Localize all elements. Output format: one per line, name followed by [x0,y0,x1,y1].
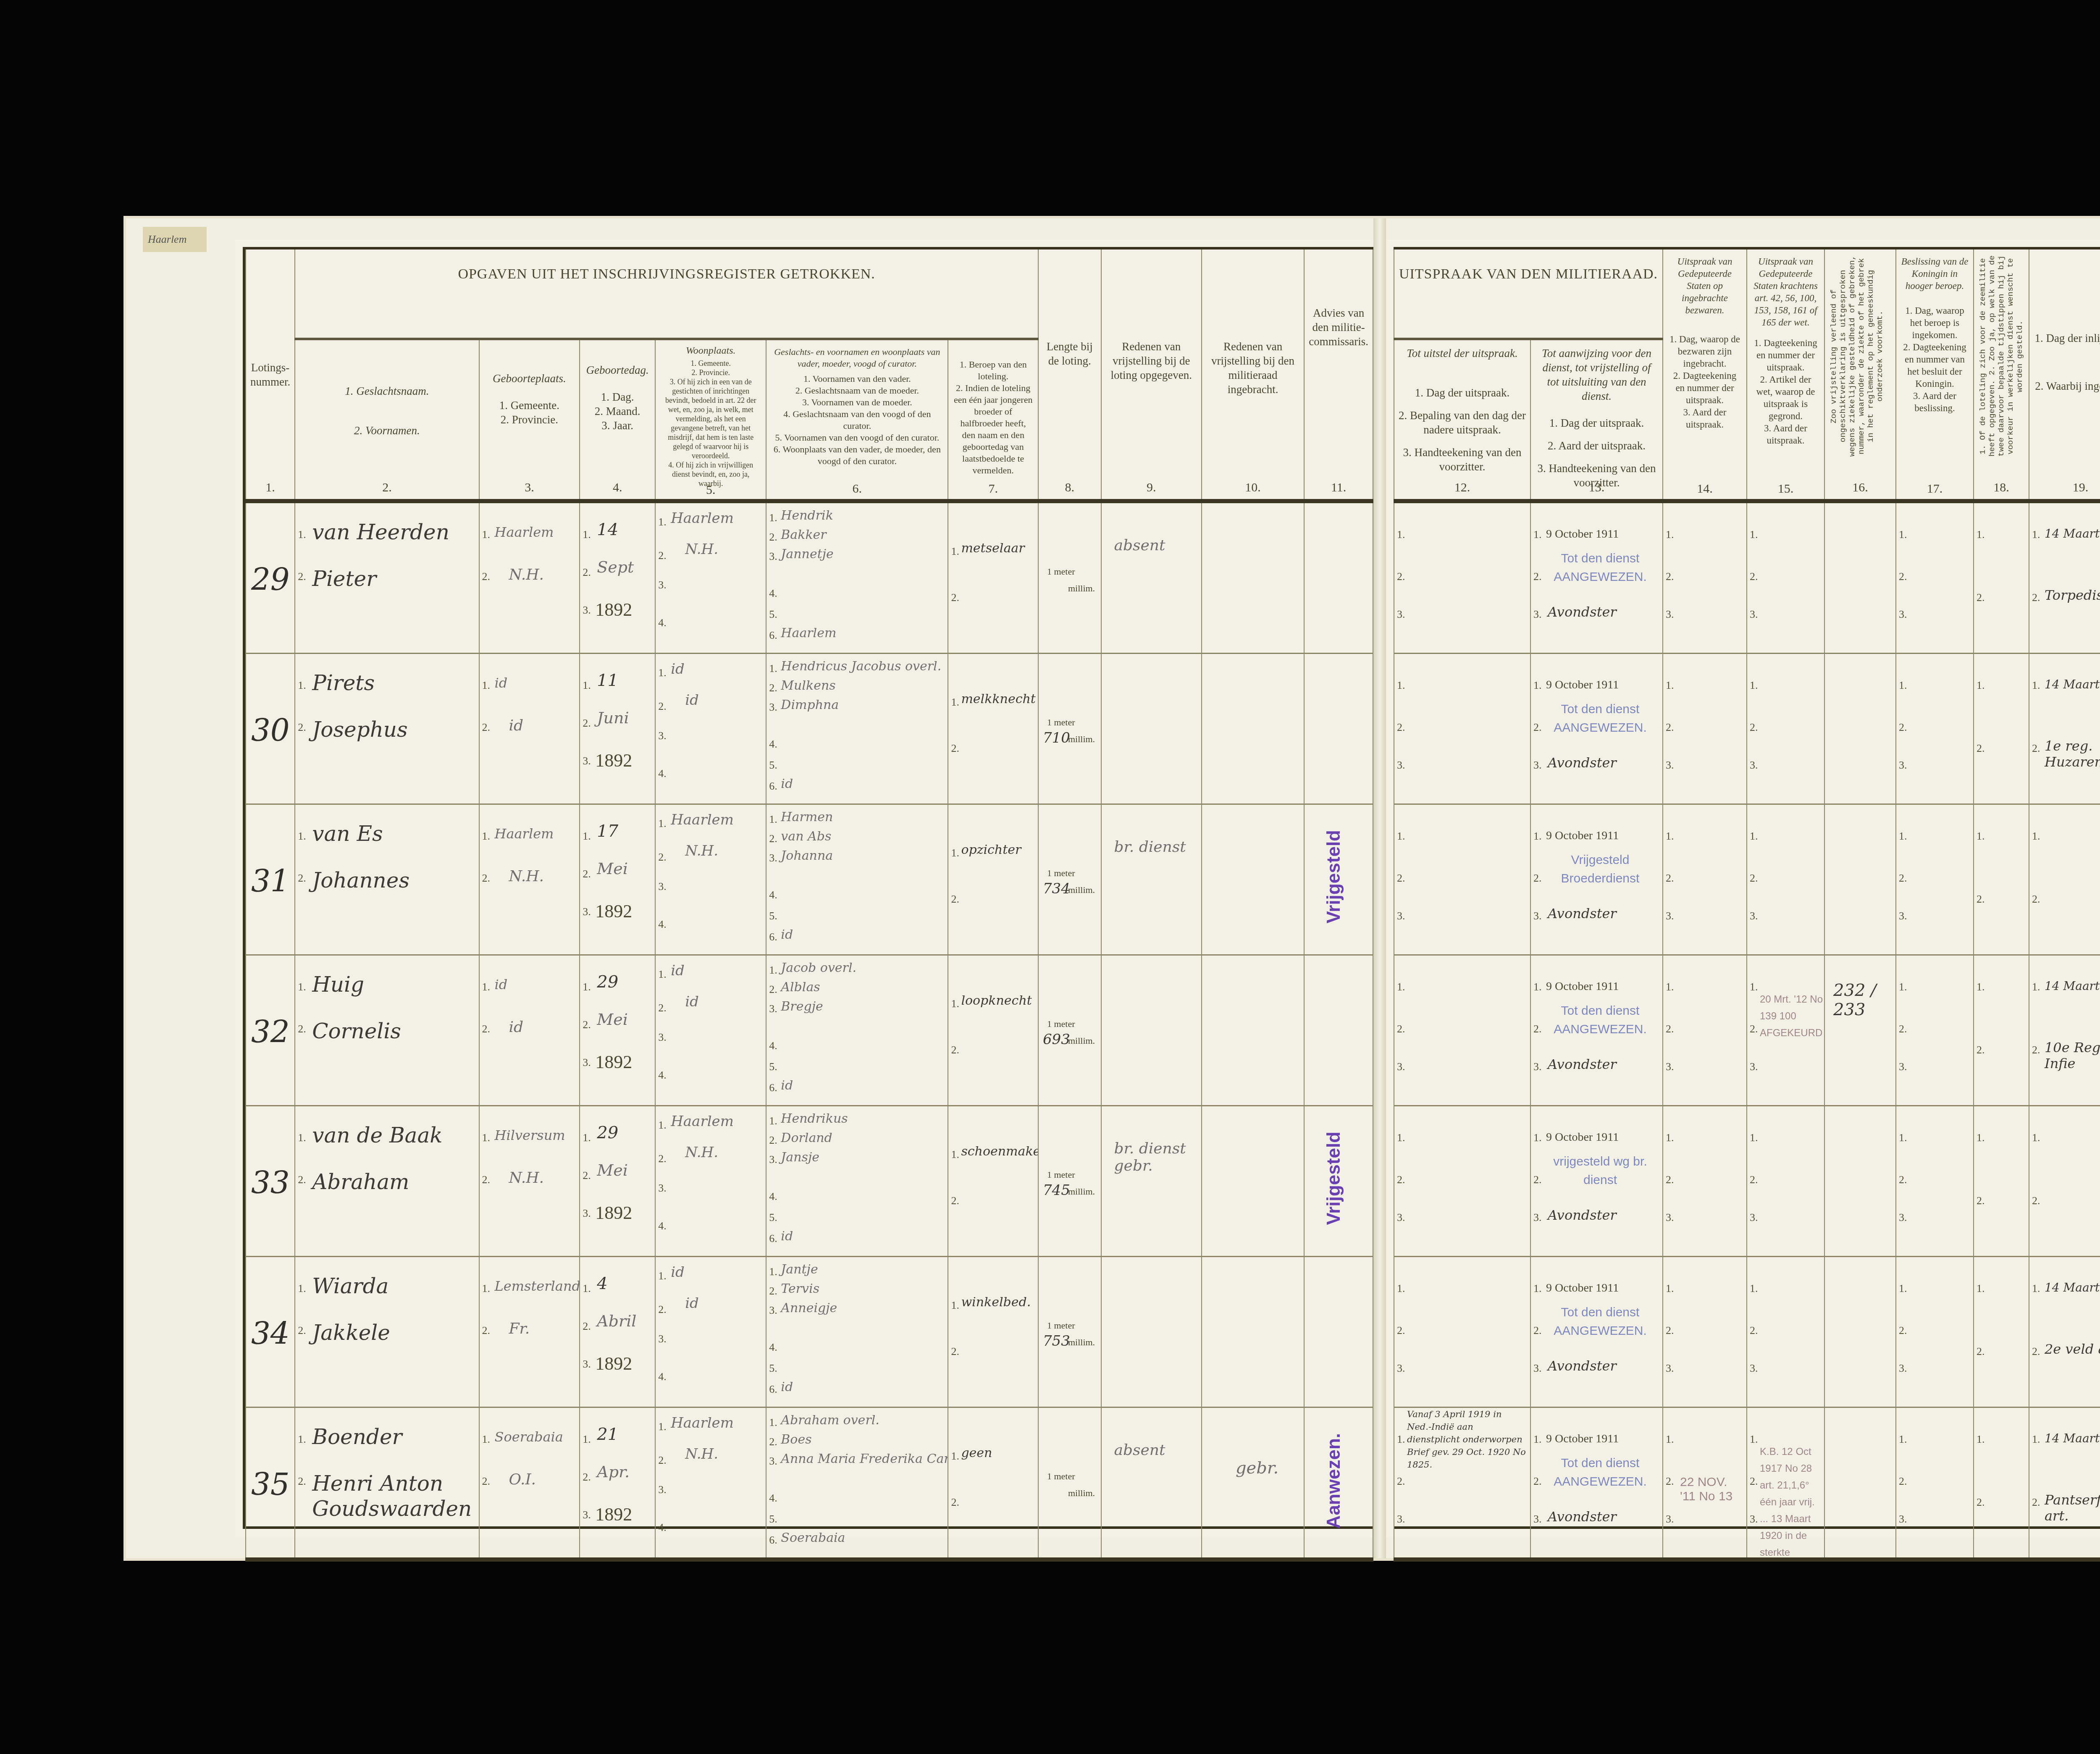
residence-cell: 1.2.3.4.idid [656,956,766,1105]
birth-year: 1892 [595,1353,632,1374]
printed-label: 3. [1899,1211,1907,1224]
printed-label: 2. [1397,1475,1405,1488]
surname: Wiarda [312,1274,388,1298]
name-cell: 1.2.WiardaJakkele [295,1257,478,1407]
provincial-objection-cell: 1.2.3. [1663,654,1746,803]
birth-month: Juni [597,709,629,727]
height-cell: 1 meter693millim. [1039,956,1101,1105]
printed-label: 2. [1750,1174,1758,1186]
lot-number-cell: 34 [246,1257,294,1407]
birthdate-cell: 1.2.3.14Sept1892 [580,503,655,653]
printed-label: 1. [1899,528,1907,541]
birth-year: 1892 [595,901,632,922]
birthdate-cell: 1.2.3.4Abril1892 [580,1257,655,1407]
register-row: 351.2.BoenderHenri Anton Goudswaarden1.2… [246,1407,1373,1560]
occupation-cell: 1.2.loopknecht [948,956,1038,1105]
printed-label: 1. [482,981,491,993]
printed-label: 1. [1397,1132,1405,1144]
printed-label: 1. [1397,1282,1405,1295]
enlistment-cell: 1.2.14 Maart 19121e reg. Huzaren [2029,654,2100,803]
printed-label: 4. [658,1371,667,1383]
queen-decision-cell: 1.2.3. [1896,956,1973,1105]
lot-number-cell: 33 [246,1106,294,1256]
parents-cell: 1.Hendricus Jacobus overl.2.Mulkens3.Dim… [766,654,948,803]
printed-label: 1. [482,1433,491,1446]
printed-label: 3. [583,1509,591,1521]
provincial-ruling-cell: 1.2.3. [1747,654,1824,803]
provincial-objection-cell: 1.2.3.22 NOV. '11 No 13 [1663,1408,1746,1557]
parent-field-6: id [781,777,793,791]
printed-label: 2. [1533,721,1542,734]
printed-label: 2. [1977,1345,1985,1358]
printed-label: 2. [769,682,777,694]
printed-label: 2. [2032,1044,2040,1056]
commissioner-advice-cell: Vrijgesteld [1305,1106,1373,1256]
residence-province: id [685,692,699,709]
printed-label: 1. [769,512,777,524]
parent-field-1: Abraham overl. [781,1413,879,1428]
queen-decision-cell: 1.2.3. [1896,1257,1973,1407]
printed-label: 2. [1533,1475,1542,1488]
printed-label: 1. [1899,679,1907,692]
printed-label: 1. [769,813,777,826]
printed-label: 2. [1977,591,1985,604]
surname: van Es [312,822,383,846]
ruling-type-stamp: Vrijgesteld Broederdienst [1548,851,1653,888]
printed-label: 2. [769,1285,777,1297]
printed-label: 2. [1899,872,1907,885]
printed-label: 1. [1977,679,1985,692]
printed-label: 1. [1533,830,1542,843]
printed-label: 1. [298,528,306,541]
printed-label: 3. [583,755,591,767]
printed-label: 1. [1533,679,1542,692]
height-mm-label: millim. [1068,885,1095,895]
register-row: 341.2.WiardaJakkele1.2.LemsterlandFr.1.2… [246,1257,1373,1407]
printed-label: 1. [769,1416,777,1429]
printed-label: 2. [658,1002,667,1014]
designation-cell: 1.2.3.9 October 1911Tot den dienst AANGE… [1531,956,1662,1105]
surname: Pirets [312,671,375,695]
enlistment-cell: 1.2.14 Maart 1912Pantserf. art. [2029,1408,2100,1557]
printed-label: 3. [1533,910,1542,922]
printed-label: 1. [1899,1282,1907,1295]
printed-label: 3. [769,1003,777,1015]
register-row: 331.2.van de BaakAbraham1.2.HilversumN.H… [246,1106,1373,1257]
ruling-type-stamp: Tot den dienst AANGEWEZEN. [1548,700,1653,737]
birth-month: Mei [597,1161,628,1179]
col-head-6: Geslachts- en voornamen en woonplaats va… [766,339,948,501]
printed-label: 6. [769,1534,777,1547]
printed-label: 2. [769,1134,777,1147]
provincial-ruling-cell: 1.2.3. [1747,1257,1824,1407]
printed-label: 1. [951,545,959,558]
birthplace-cell: 1.2.HaarlemN.H. [480,503,580,653]
birth-province: N.H. [509,566,544,583]
ruling-date: 9 October 1911 [1546,678,1619,692]
printed-label: 1. [951,1450,959,1463]
provincial-ruling-cell: 1.2.3. [1747,1106,1824,1256]
commissioner-advice-cell: Vrijgesteld [1305,805,1373,954]
navy-militia-cell: 1.2. [1974,654,2029,803]
printed-label: 3. [1533,1061,1542,1073]
printed-label: 1. [1533,1433,1542,1446]
parents-cell: 1.Jacob overl.2.Alblas3.Bregje4.5.6.id [766,956,948,1105]
enlistment-date: 14 Maart 1912 [2045,1281,2100,1294]
enlistment-cell: 1.2.14 Maart 191210e Regt Infie [2029,956,2100,1105]
birth-day: 21 [597,1425,618,1444]
enlistment-cell: 1.2.14 Maart 1912Torpedisten [2029,503,2100,653]
printed-label: 2. [2032,1195,2040,1207]
printed-label: 3. [1533,759,1542,772]
printed-label: 2. [2032,893,2040,906]
printed-label: 6. [769,629,777,642]
ruling-date: 9 October 1911 [1546,829,1619,843]
provincial-ruling: 20 Mrt. '12 No 139 100 AFGEKEURD [1760,991,1823,1042]
printed-label: 2. [1397,1174,1405,1186]
birth-year: 1892 [595,1051,632,1073]
printed-label: 2. [482,570,491,583]
col-head-10: Redenen van vrijstelling bij den militie… [1202,249,1304,501]
commissioner-advice-cell: Aanwezen. [1305,1408,1373,1557]
printed-label: 4. [769,1040,777,1052]
printed-label: 1. [583,981,591,993]
birthdate-cell: 1.2.3.21Apr.1892 [580,1408,655,1557]
enlistment-date: 14 Maart 1912 [2045,677,2100,691]
printed-label: 1. [658,1421,667,1433]
enlisted-unit: 10e Regt Infie [2045,1040,2100,1071]
illness-number-cell [1825,805,1895,954]
height-meter-label: 1 meter [1047,868,1075,879]
ruling-type-stamp: Tot den dienst AANGEWEZEN. [1548,1454,1653,1491]
residence-province: N.H. [685,541,718,558]
provincial-ruling-cell: 1.2.3.20 Mrt. '12 No 139 100 AFGEKEURD [1747,956,1824,1105]
printed-label: 1. [583,1282,591,1295]
birth-municipality: Haarlem [495,524,554,540]
printed-label: 2. [583,717,591,730]
lottery-exemption-reason: br. dienst gebr. [1114,1140,1194,1174]
printed-label: 1. [298,981,306,993]
parent-field-2: Mulkens [781,678,835,693]
col-head-1: Lotings-nummer. 1. [246,249,295,501]
birth-province: O.I. [509,1471,536,1488]
printed-label: 2. [1397,1324,1405,1337]
navy-militia-cell: 1.2. [1974,1257,2029,1407]
printed-label: 2. [583,868,591,880]
printed-label: 2. [583,566,591,579]
birth-municipality: Haarlem [495,826,554,842]
commissioner-advice-stamp: Vrijgesteld [1323,1132,1344,1225]
designation-cell: 1.2.3.9 October 1911Vrijgesteld Broederd… [1531,805,1662,954]
parent-field-3: Dimphna [781,698,839,712]
birth-province: id [509,1019,524,1036]
printed-label: 1. [1666,528,1674,541]
parent-field-1: Jacob overl. [781,961,856,975]
printed-label: 2. [1397,1023,1405,1035]
printed-label: 2. [658,700,667,713]
printed-label: 4. [769,889,777,901]
printed-label: 3. [1666,608,1674,621]
residence-cell: 1.2.3.4.idid [656,1257,766,1407]
parent-field-6: Haarlem [781,626,836,641]
printed-label: 2. [1533,1324,1542,1337]
surname: van Heerden [312,520,449,544]
printed-label: 1. [583,1433,591,1446]
printed-label: 4. [769,1341,777,1354]
residence-municipality: Haarlem [671,811,734,828]
printed-label: 2. [583,1471,591,1484]
parent-field-1: Hendrikus [781,1111,848,1126]
residence-municipality: id [671,962,685,979]
printed-label: 2. [298,872,306,885]
lot-number-cell: 32 [246,956,294,1105]
printed-label: 1. [951,696,959,709]
printed-label: 3. [769,1153,777,1166]
residence-cell: 1.2.3.4.HaarlemN.H. [656,805,766,954]
left-register-table: Lotings-nummer. 1. OPGAVEN UIT HET INSCH… [245,249,1373,1562]
printed-label: 1. [658,968,667,981]
height-mm-label: millim. [1068,734,1095,745]
postponement-cell: 1.2.3.Vanaf 3 April 1919 in Ned.-Indië a… [1394,1408,1530,1557]
printed-label: 2. [1666,570,1674,583]
surname: Boender [312,1425,402,1449]
chairman-signature: Avondster [1548,1056,1617,1072]
printed-label: 3. [1750,1211,1758,1224]
printed-label: 2. [658,851,667,864]
council-exemption-cell: gebr. [1202,1408,1304,1557]
printed-label: 2. [298,721,306,734]
parents-cell: 1.Hendrik2.Bakker3.Jannetje4.5.6.Haarlem [766,503,948,653]
printed-label: 3. [1750,759,1758,772]
printed-label: 1. [1397,679,1405,692]
height-cell: 1 metermillim. [1039,1408,1101,1557]
printed-label: 1. [2032,1282,2040,1295]
lot-number-cell: 31 [246,805,294,954]
printed-label: 2. [1977,1044,1985,1056]
lot-number: 29 [251,562,290,597]
birth-year: 1892 [595,599,632,620]
printed-label: 1. [298,1433,306,1446]
col-head-12: Tot uitstel der uitspraak. 1. Dag der ui… [1394,339,1530,501]
col-head-4: Geboortedag. 1. Dag. 2. Maand. 3. Jaar. … [580,339,655,501]
parent-field-1: Harmen [781,810,833,824]
col-head-13: Tot aanwijzing voor den dienst, tot vrij… [1530,339,1663,501]
enlistment-cell: 1.2.14 Maart 19122e veld art. [2029,1257,2100,1407]
printed-label: 2. [482,1174,491,1186]
printed-label: 1. [583,528,591,541]
ruling-date: 9 October 1911 [1546,1281,1619,1295]
illness-number-cell [1825,654,1895,803]
occupation: schoenmaker [961,1144,1034,1159]
height-meter-label: 1 meter [1047,1169,1075,1180]
printed-label: 1. [1397,1433,1405,1446]
printed-label: 1. [1533,1282,1542,1295]
birth-year: 1892 [595,1202,632,1224]
right-register-table: UITSPRAAK VAN DEN MILITIERAAD. Uitspraak… [1394,249,2100,1562]
printed-label: 3. [1397,759,1405,772]
height-cell: 1 metermillim. [1039,503,1101,653]
chairman-signature: Avondster [1548,1207,1617,1223]
printed-label: 3. [1533,1513,1542,1526]
printed-label: 5. [769,759,777,772]
printed-label: 3. [658,880,667,893]
parent-field-2: Dorland [781,1131,832,1145]
illness-number: 232 / 233 [1833,981,1895,1019]
printed-label: 1. [482,1282,491,1295]
printed-label: 1. [658,817,667,830]
residence-municipality: id [671,1264,685,1281]
residence-municipality: Haarlem [671,1415,734,1431]
right-page: UITSPRAAK VAN DEN MILITIERAAD. Uitspraak… [1386,239,2100,1537]
parent-field-2: Boes [781,1432,811,1447]
printed-label: 1. [1977,981,1985,993]
occupation-cell: 1.2.opzichter [948,805,1038,954]
residence-municipality: id [671,661,685,677]
provincial-ruling-cell: 1.2.3.K.B. 12 Oct 1917 No 28 art. 21,1,6… [1747,1408,1824,1557]
col-head-18: 1. Of de loteling zich voor de zeemiliti… [1974,249,2029,501]
printed-label: 1. [658,1119,667,1132]
printed-label: 1. [1666,1433,1674,1446]
parent-field-2: Bakker [781,528,826,542]
printed-label: 3. [1899,1362,1907,1375]
printed-label: 6. [769,1232,777,1245]
birth-province: Fr. [509,1320,530,1337]
postponement-cell: 1.2.3. [1394,956,1530,1105]
ruling-type-stamp: vrijgesteld wg br. dienst [1548,1153,1653,1189]
occupation-cell: 1.2.schoenmaker [948,1106,1038,1256]
printed-label: 2. [298,570,306,583]
register-row-right: 1.2.3.1.2.3.9 October 1911Tot den dienst… [1394,501,2100,654]
birthdate-cell: 1.2.3.11Juni1892 [580,654,655,803]
birthplace-cell: 1.2.LemsterlandFr. [480,1257,580,1407]
provincial-ruling-cell: 1.2.3. [1747,805,1824,954]
printed-label: 3. [1899,608,1907,621]
surname: Huig [312,972,364,997]
birth-province: N.H. [509,868,544,885]
council-exemption-cell [1202,503,1304,653]
printed-label: 1. [482,1132,491,1144]
lottery-exemption-cell [1102,956,1201,1105]
residence-cell: 1.2.3.4.HaarlemN.H. [656,1106,766,1256]
col-head-17: Beslissing van de Koningin in hooger ber… [1896,249,1974,501]
printed-label: 3. [1397,1061,1405,1073]
printed-label: 2. [298,1023,306,1035]
designation-cell: 1.2.3.9 October 1911Tot den dienst AANGE… [1531,654,1662,803]
register-row-right: 1.2.3.1.2.3.9 October 1911Tot den dienst… [1394,654,2100,804]
parents-cell: 1.Harmen2.van Abs3.Johanna4.5.6.id [766,805,948,954]
printed-label: 2. [482,872,491,885]
register-row: 321.2.HuigCornelis1.2.idid1.2.3.29Mei189… [246,955,1373,1106]
enlisted-unit: 1e reg. Huzaren [2045,738,2100,770]
printed-label: 3. [1750,1362,1758,1375]
commissioner-advice-cell [1305,503,1373,653]
designation-cell: 1.2.3.9 October 1911vrijgesteld wg br. d… [1531,1106,1662,1256]
height-mm-label: millim. [1068,1337,1095,1348]
right-page-title: UITSPRAAK VAN DEN MILITIERAAD. [1394,249,1663,339]
residence-province: id [685,993,699,1010]
printed-label: 1. [583,679,591,692]
commissioner-advice-stamp: Aanwezen. [1323,1433,1344,1528]
printed-label: 1. [2032,528,2040,541]
residence-municipality: Haarlem [671,1113,734,1130]
col-head-5: Woonplaats. 1. Gemeente. 2. Provincie. 3… [655,339,766,501]
printed-label: 3. [1397,1211,1405,1224]
postponement-cell: 1.2.3. [1394,1106,1530,1256]
birth-month: Sept [597,558,634,576]
printed-label: 1. [298,830,306,843]
printed-label: 1. [1750,1433,1758,1446]
birth-day: 29 [597,1123,618,1142]
designation-cell: 1.2.3.9 October 1911Tot den dienst AANGE… [1531,1257,1662,1407]
printed-label: 2. [1750,1023,1758,1035]
register-row: 291.2.van HeerdenPieter1.2.HaarlemN.H.1.… [246,501,1373,654]
printed-label: 2. [769,1436,777,1448]
printed-label: 2. [658,549,667,562]
printed-label: 1. [1750,1132,1758,1144]
col-head-14: Uitspraak van Gedeputeerde Staten op ing… [1663,249,1747,501]
register-row-right: 1.2.3.1.2.3.9 October 1911vrijgesteld wg… [1394,1106,2100,1257]
printed-label: 2. [1533,872,1542,885]
provincial-objection-cell: 1.2.3. [1663,503,1746,653]
col-head-3: Geboorteplaats. 1. Gemeente. 2. Provinci… [479,339,580,501]
col-head-7: 1. Beroep van den loteling. 2. Indien de… [948,339,1038,501]
printed-label: 5. [769,1061,777,1073]
lottery-exemption-cell: br. dienst gebr. [1102,1106,1201,1256]
parent-field-2: van Abs [781,829,831,844]
printed-label: 2. [1899,1023,1907,1035]
printed-label: 2. [2032,1496,2040,1509]
birth-municipality: Hilversum [495,1127,565,1143]
lot-number-cell: 30 [246,654,294,803]
printed-label: 3. [1750,910,1758,922]
height-meter-label: 1 meter [1047,717,1075,728]
height-meter-label: 1 meter [1047,566,1075,577]
printed-label: 2. [2032,591,2040,604]
lot-number: 32 [251,1014,290,1050]
parent-field-1: Jantje [781,1262,818,1277]
height-mm-label: millim. [1068,1186,1095,1197]
birthdate-cell: 1.2.3.17Mei1892 [580,805,655,954]
residence-province: N.H. [685,1446,718,1463]
printed-label: 2. [1750,872,1758,885]
printed-label: 1. [583,1132,591,1144]
provincial-objection-cell: 1.2.3. [1663,1106,1746,1256]
printed-label: 2. [482,1023,491,1035]
lottery-exemption-cell: absent [1102,503,1201,653]
parent-field-3: Jansje [781,1150,819,1165]
lottery-exemption-cell [1102,1257,1201,1407]
birthplace-cell: 1.2.idid [480,654,580,803]
postponement-note: Vanaf 3 April 1919 in Ned.-Indië aan die… [1407,1408,1529,1471]
parent-field-6: Soerabaia [781,1531,845,1545]
printed-label: 1. [298,1132,306,1144]
queen-decision-cell: 1.2.3. [1896,1106,1973,1256]
printed-label: 4. [769,1190,777,1203]
printed-label: 3. [769,701,777,714]
printed-label: 3. [769,1304,777,1317]
queen-decision-cell: 1.2.3. [1896,503,1973,653]
height-meter-label: 1 meter [1047,1320,1075,1331]
queen-decision-cell: 1.2.3. [1896,1408,1973,1557]
navy-militia-cell: 1.2. [1974,805,2029,954]
printed-label: 1. [769,1115,777,1127]
printed-label: 4. [658,1521,667,1534]
printed-label: 2. [1533,1023,1542,1035]
printed-label: 2. [1977,1496,1985,1509]
queen-decision-cell: 1.2.3. [1896,654,1973,803]
printed-label: 1. [2032,830,2040,843]
printed-label: 2. [482,1475,491,1488]
